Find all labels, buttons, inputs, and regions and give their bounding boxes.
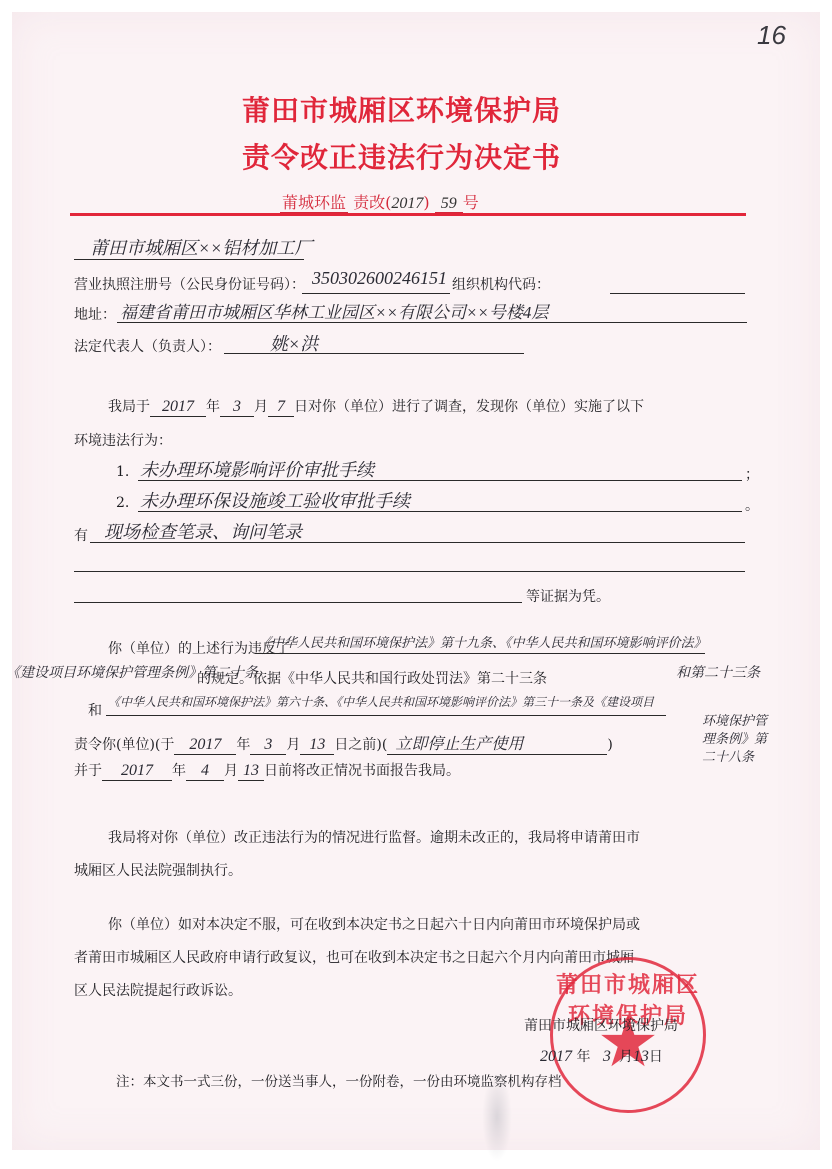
violation-1-number: 1. (116, 464, 129, 480)
violation-2-end: 。 (745, 495, 759, 515)
order-month: 3 (250, 736, 286, 755)
party-name: 莆田市城厢区××铝材加工厂 (90, 234, 312, 260)
evidence-line-1 (90, 542, 745, 543)
document-title: 责令改正违法行为决定书 (242, 136, 561, 176)
evidence-line-2 (74, 571, 745, 572)
issuing-authority-title: 莆田市城厢区环境保护局 (242, 89, 561, 129)
report-month-label: 月 (224, 763, 238, 779)
violation-1-end: ； (745, 464, 759, 484)
supervision-line-1: 我局将对你（单位）改正违法行为的情况进行监督。逾期未改正的，我局将申请莆田市 (108, 827, 640, 847)
evidence-prefix: 有 (74, 525, 88, 545)
basis-prefix: 和 (88, 700, 102, 720)
license-value: 350302600246151 (312, 268, 447, 289)
order-sentence: 责令你(单位)(于2017年3月13日之前)(立即停止生产使用) (74, 731, 613, 755)
party-name-line (74, 259, 304, 260)
org-code-label: 组织机构代码： (452, 274, 550, 294)
signature-day: 13 (633, 1048, 649, 1065)
order-close: ) (607, 737, 612, 753)
signature-year-label: 年 (576, 1049, 590, 1065)
violations-heading: 环境违法行为： (74, 430, 172, 450)
report-year: 2017 (102, 762, 172, 781)
appeal-line-3: 区人民法院提起行政诉讼。 (74, 980, 242, 1000)
order-year-label: 年 (236, 737, 250, 753)
report-day: 13 (238, 762, 264, 781)
investigation-year: 2017 (150, 398, 206, 417)
signature-month-label: 月 (619, 1049, 633, 1065)
basis-line (106, 715, 666, 716)
investigation-sentence: 我局于2017年3月7日对你（单位）进行了调查，发现你（单位）实施了以下 (108, 396, 644, 417)
investigation-prefix: 我局于 (108, 399, 150, 415)
order-year: 2017 (174, 736, 236, 755)
evidence-suffix: 等证据为凭。 (526, 586, 610, 606)
violated-law-line (255, 653, 705, 654)
investigation-month: 3 (220, 398, 254, 417)
official-seal: 莆田市城厢区环境保护局 ★ (550, 957, 706, 1113)
margin-note-1: 和第二十三条 (676, 662, 760, 682)
order-day-label: 日之前)( (334, 737, 387, 753)
violation-2-line (138, 511, 742, 512)
basis-value: 《中华人民共和国环境保护法》第六十条、《中华人民共和国环境影响评价法》第三十一条… (108, 693, 654, 710)
violation-1-text: 未办理环境影响评价审批手续 (140, 456, 374, 482)
doc-no-close: ) (423, 193, 429, 212)
supervision-line-2: 城厢区人民法院强制执行。 (74, 860, 242, 880)
order-day: 13 (300, 736, 334, 755)
margin-note-2: 环境保护管理条例》第二十八条 (702, 712, 772, 766)
doc-no-number: 59 (435, 195, 463, 213)
evidence-line-3 (74, 602, 522, 603)
document-page: 16 莆田市城厢区环境保护局 责令改正违法行为决定书 莆城环监 责改(2017)… (12, 12, 820, 1150)
license-label: 营业执照注册号（公民身份证号码）： (74, 274, 305, 294)
order-prefix: 责令你(单位)(于 (74, 737, 174, 753)
report-year-label: 年 (172, 763, 186, 779)
doc-no-middle: 责改( (353, 193, 391, 212)
appeal-line-2: 者莆田市城厢区人民政府申请行政复议，也可在收到本决定书之日起六个月内向莆田市城厢 (74, 947, 634, 967)
doc-no-suffix: 号 (463, 193, 479, 212)
report-suffix: 日前将改正情况书面报告我局。 (264, 763, 460, 779)
scan-smudge (482, 1072, 512, 1162)
address-value: 福建省莆田市城厢区华林工业园区××有限公司××号楼4层 (120, 298, 548, 323)
header-divider (70, 213, 746, 216)
evidence-value: 现场检查笔录、询问笔录 (104, 518, 302, 544)
order-action: 立即停止生产使用 (387, 731, 607, 755)
violation-2-number: 2. (116, 495, 129, 511)
month-label: 月 (254, 399, 268, 415)
signature-day-label: 日 (649, 1049, 663, 1065)
org-code-line (610, 293, 745, 294)
legal-rep-line (224, 353, 524, 354)
violated-suffix: 的规定。依据《中华人民共和国行政处罚法》第二十三条 (197, 668, 547, 688)
violated-law-1: 《中华人民共和国环境保护法》第十九条、《中华人民共和国环境影响评价法》 (258, 632, 707, 651)
signature-org: 莆田市城厢区环境保护局 (524, 1015, 678, 1035)
address-line (117, 322, 747, 323)
report-prefix: 并于 (74, 763, 102, 779)
license-line (302, 293, 450, 294)
address-label: 地址： (74, 304, 116, 324)
report-month: 4 (186, 762, 224, 781)
violation-2-text: 未办理环保设施竣工验收审批手续 (140, 487, 410, 513)
order-month-label: 月 (286, 737, 300, 753)
investigation-day: 7 (268, 398, 294, 417)
signature-date: 2017 年 3月13日 (540, 1046, 663, 1066)
year-label: 年 (206, 399, 220, 415)
doc-no-prefix: 莆城环监 (280, 193, 348, 213)
appeal-line-1: 你（单位）如对本决定不服，可在收到本决定书之日起六十日内向莆田市环境保护局或 (108, 914, 640, 934)
signature-year: 2017 (540, 1048, 572, 1065)
signature-month: 3 (595, 1048, 619, 1065)
investigation-suffix: 日对你（单位）进行了调查，发现你（单位）实施了以下 (294, 399, 644, 415)
violation-1-line (138, 480, 742, 481)
doc-no-year: 2017 (391, 195, 423, 212)
report-sentence: 并于2017年4月13日前将改正情况书面报告我局。 (74, 760, 460, 781)
legal-rep-label: 法定代表人（负责人）： (74, 336, 221, 356)
page-number: 16 (757, 20, 786, 51)
document-number: 莆城环监 责改(2017) 59号 (280, 190, 479, 213)
